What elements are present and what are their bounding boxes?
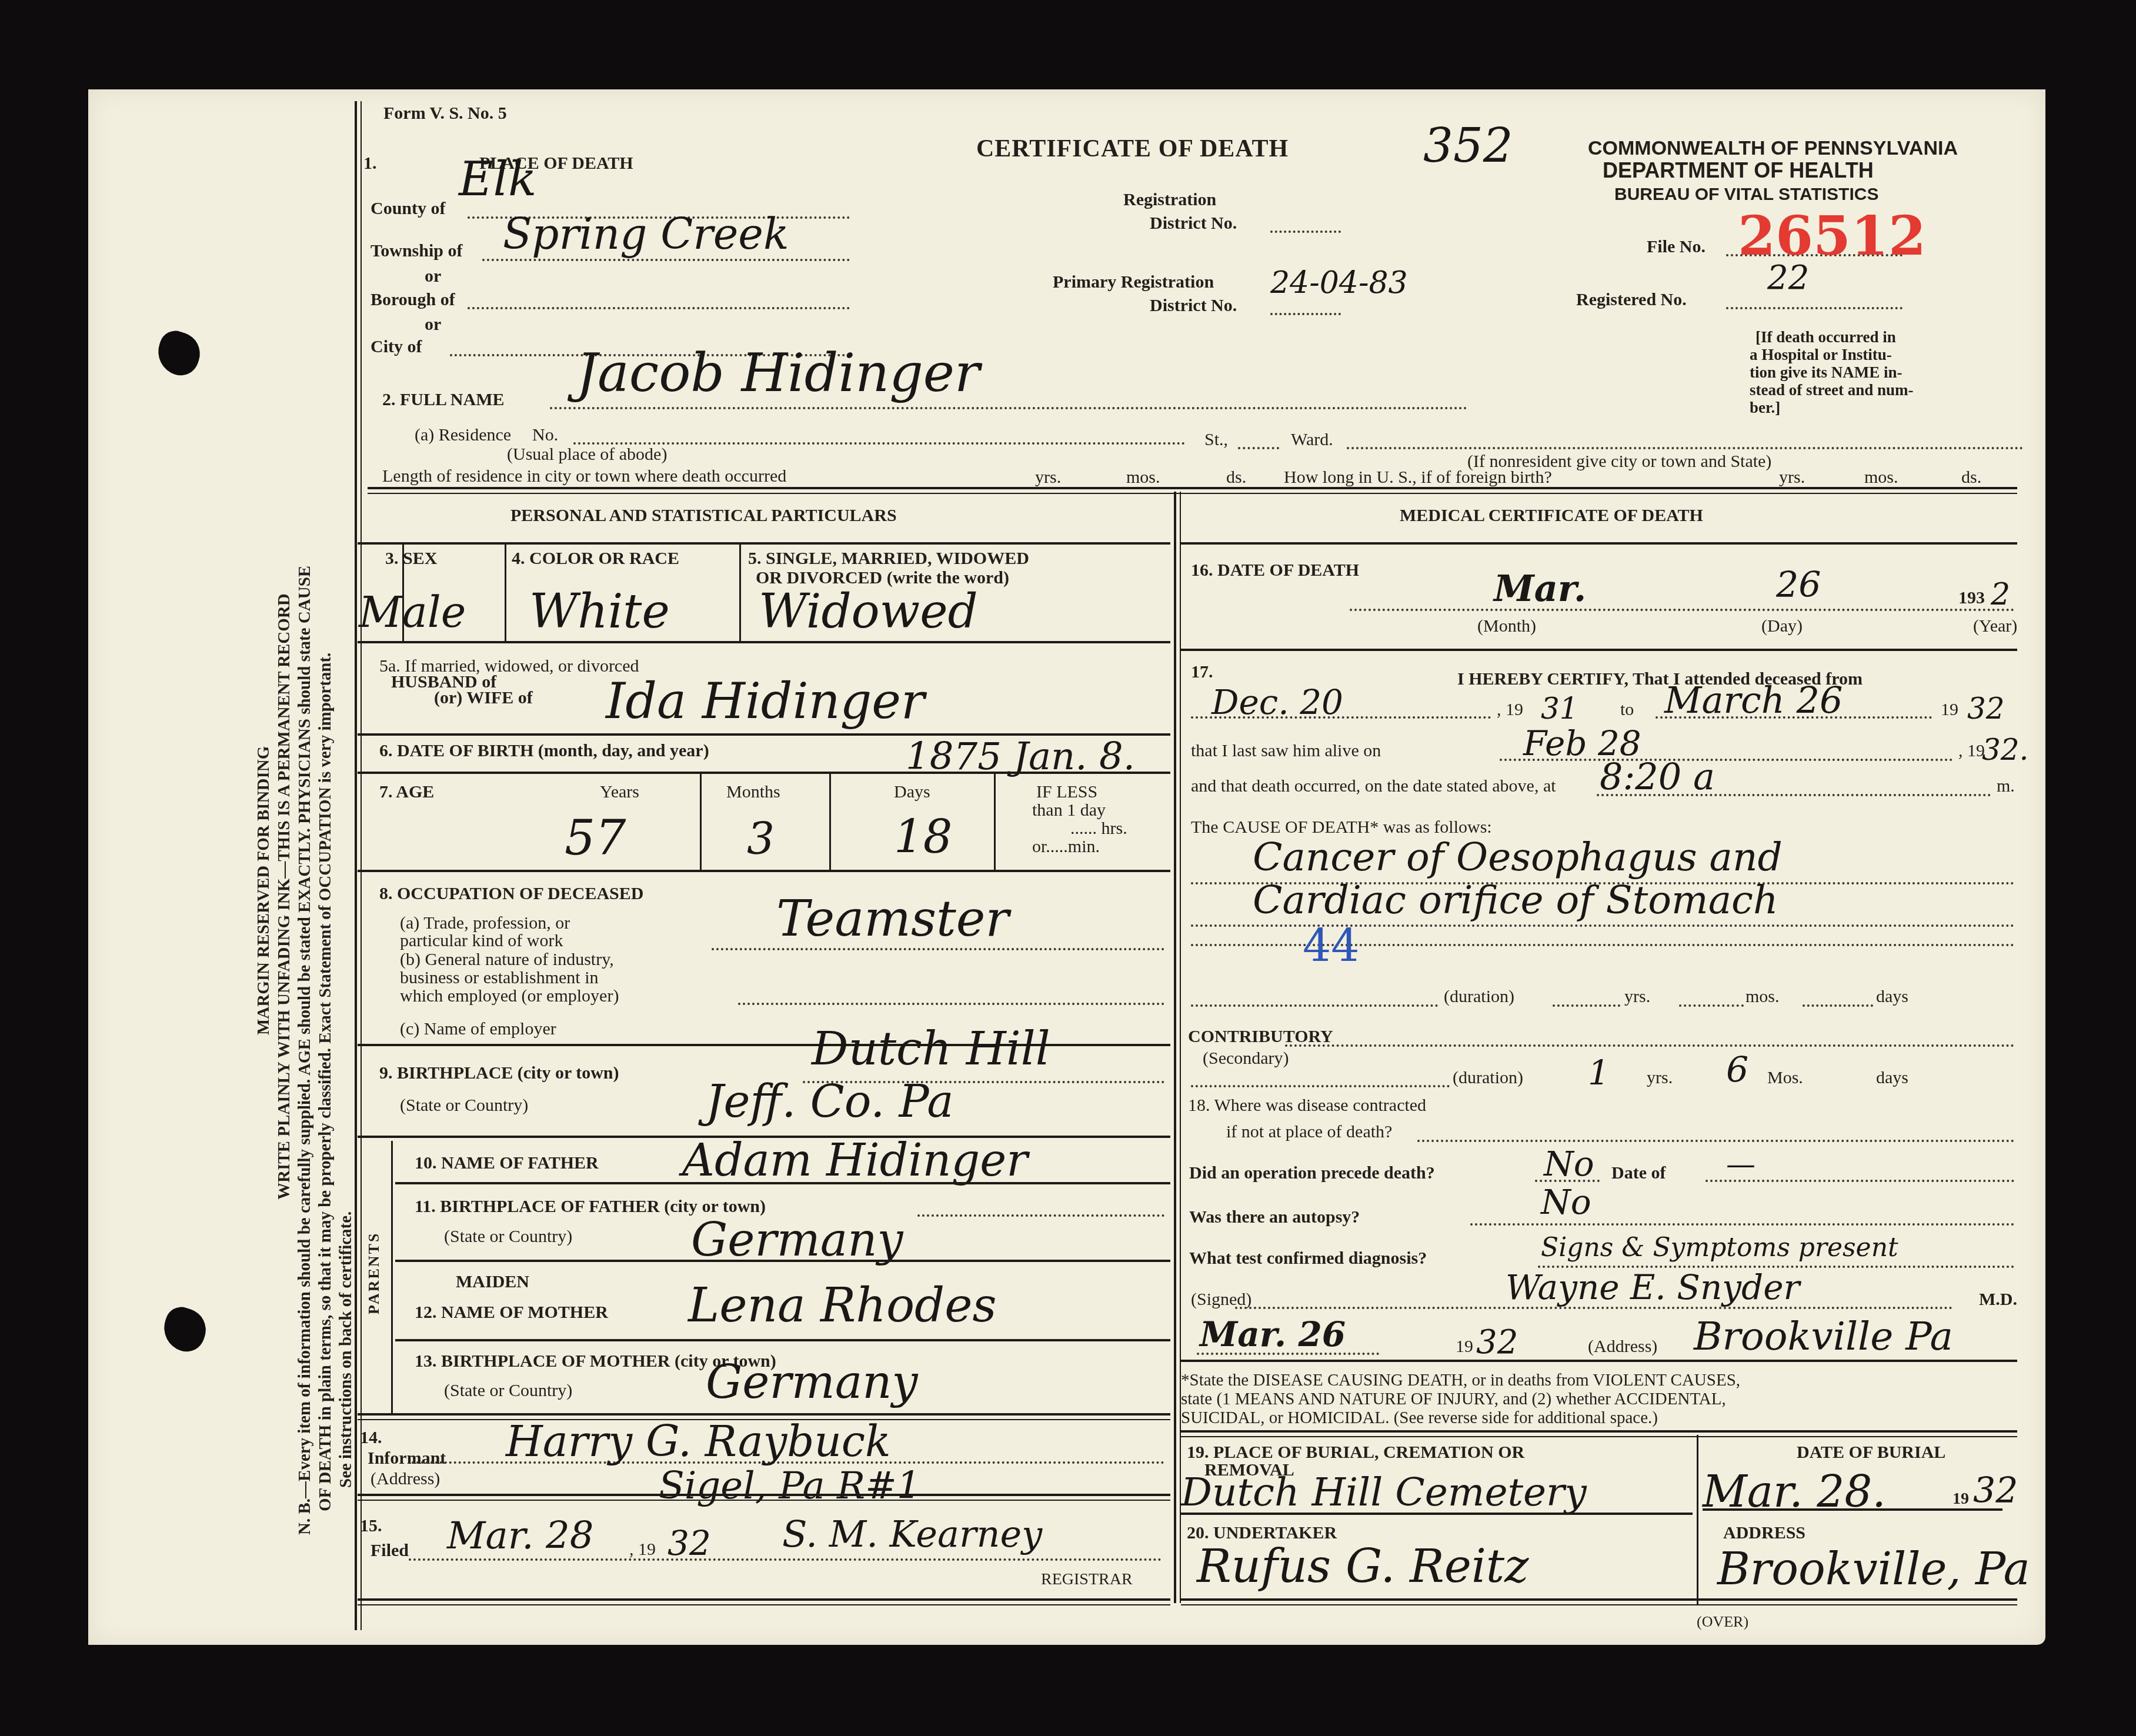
years-label: Years bbox=[600, 783, 639, 801]
primary-registration-label-1: Primary Registration bbox=[1053, 273, 1214, 291]
mother-birth-state-label: (State or Country) bbox=[444, 1382, 572, 1400]
attended-from-year: 31 bbox=[1541, 694, 1578, 723]
filed-date: Mar. 28 bbox=[447, 1517, 593, 1555]
contributory-label: CONTRIBUTORY bbox=[1188, 1028, 1333, 1046]
agency-line-3: BUREAU OF VITAL STATISTICS bbox=[1614, 186, 1878, 203]
secondary-duration-prefix bbox=[1191, 1085, 1450, 1087]
time-label: and that death occurred, on the date sta… bbox=[1191, 777, 1556, 795]
less-label-1: IF LESS bbox=[1036, 783, 1097, 801]
parents-label: PARENTS bbox=[363, 1232, 385, 1314]
marital-label-1: 5. SINGLE, MARRIED, WIDOWED bbox=[748, 550, 1029, 567]
industry-field[interactable] bbox=[738, 1003, 1164, 1005]
residence-no-label: No. bbox=[532, 426, 558, 444]
row-line bbox=[1181, 649, 2017, 651]
burial-year: 32 bbox=[1973, 1473, 2018, 1508]
secondary-mos-label: Mos. bbox=[1767, 1069, 1803, 1087]
signed-year: 32 bbox=[1476, 1326, 1518, 1359]
age-label: 7. AGE bbox=[379, 783, 434, 801]
row-line bbox=[395, 1260, 1170, 1262]
cell-divider bbox=[700, 773, 702, 870]
informant-label: Informant bbox=[368, 1450, 446, 1467]
secondary-label: (Secondary) bbox=[1203, 1050, 1289, 1067]
registrar-signature: S. M. Kearney bbox=[782, 1516, 1042, 1553]
less-label-2: than 1 day bbox=[1032, 802, 1106, 819]
registered-no-label: Registered No. bbox=[1576, 291, 1687, 309]
hospital-note-1: [If death occurred in bbox=[1755, 329, 1896, 345]
q18-label-1: 18. Where was disease contracted bbox=[1188, 1097, 1426, 1114]
birthplace-city: Dutch Hill bbox=[812, 1026, 1050, 1072]
father-birth-city-field[interactable] bbox=[917, 1214, 1164, 1217]
county-label: County of bbox=[371, 200, 446, 218]
registration-label-1: Registration bbox=[1123, 191, 1216, 209]
cause-line-2: Cardiac orifice of Stomach bbox=[1253, 881, 1778, 920]
us-yrs: yrs. bbox=[1779, 469, 1805, 486]
hospital-note-4: stead of street and num- bbox=[1750, 382, 1914, 398]
cell-divider bbox=[739, 544, 741, 641]
dod-month: Mar. bbox=[1494, 570, 1586, 607]
full-name-value: Jacob Hidinger bbox=[576, 347, 980, 400]
burial-19: 19 bbox=[1953, 1491, 1969, 1507]
mother-value: Lena Rhodes bbox=[688, 1282, 997, 1329]
parents-divider bbox=[391, 1141, 393, 1414]
item-17-number: 17. bbox=[1191, 663, 1213, 681]
dod-label: 16. DATE OF DEATH bbox=[1191, 562, 1359, 579]
row-line bbox=[358, 772, 1170, 774]
row-line bbox=[358, 542, 1170, 545]
maiden-label: MAIDEN bbox=[456, 1273, 529, 1291]
date-of-label: Date of bbox=[1611, 1164, 1666, 1182]
months-label: Months bbox=[726, 783, 780, 801]
header-divider bbox=[368, 487, 2017, 494]
informant-address-label: (Address) bbox=[371, 1470, 440, 1488]
registration-label-2: District No. bbox=[1150, 215, 1237, 232]
full-name-field bbox=[550, 407, 1467, 409]
primary-registration-field bbox=[1270, 313, 1341, 315]
how-long-in-us-label: How long in U. S., if of foreign birth? bbox=[1284, 469, 1552, 486]
attended-from-date: Dec. 20 bbox=[1211, 685, 1343, 719]
attended-to-date: March 26 bbox=[1664, 682, 1843, 719]
physician-address: Brookville Pa bbox=[1694, 1317, 1953, 1356]
burial-label-1: 19. PLACE OF BURIAL, CREMATION OR bbox=[1187, 1444, 1524, 1461]
full-name-label: 2. FULL NAME bbox=[382, 391, 505, 409]
burial-date-label: DATE OF BURIAL bbox=[1797, 1444, 1945, 1461]
attended-to-19: 19 bbox=[1941, 701, 1958, 719]
dod-day-label: (Day) bbox=[1761, 617, 1803, 635]
cause-line-1: Cancer of Oesophagus and bbox=[1253, 838, 1783, 877]
ward-label: Ward. bbox=[1291, 431, 1333, 449]
filed-year: 32 bbox=[667, 1526, 711, 1560]
filed-field bbox=[409, 1558, 1162, 1561]
residence-label: (a) Residence bbox=[415, 426, 511, 444]
footnote-3: SUICIDAL, or HOMICIDAL. (See reverse sid… bbox=[1181, 1410, 1658, 1427]
race-value: White bbox=[529, 588, 670, 635]
physician-signature: Wayne E. Snyder bbox=[1506, 1270, 1800, 1304]
dob-label: 6. DATE OF BIRTH (month, day, and year) bbox=[379, 742, 709, 760]
informant-number: 14. bbox=[360, 1429, 382, 1447]
registered-no-field bbox=[1726, 307, 1903, 309]
duration-mos-field[interactable] bbox=[1679, 1004, 1744, 1007]
form-number: Form V. S. No. 5 bbox=[383, 105, 507, 122]
undertaker-value: Rufus G. Reitz bbox=[1197, 1544, 1528, 1590]
age-years: 57 bbox=[565, 814, 626, 863]
signed-date: Mar. 26 bbox=[1200, 1317, 1346, 1351]
race-label: 4. COLOR OR RACE bbox=[512, 550, 679, 567]
attended-to-year: 32 bbox=[1967, 694, 2005, 723]
father-value: Adam Hidinger bbox=[682, 1138, 1028, 1183]
father-birth-state-label: (State or Country) bbox=[444, 1228, 572, 1246]
us-ds: ds. bbox=[1961, 469, 1981, 486]
operation-label: Did an operation precede death? bbox=[1189, 1164, 1435, 1182]
secondary-days-label: days bbox=[1876, 1069, 1908, 1087]
primary-registration-label-2: District No. bbox=[1150, 297, 1237, 315]
age-days: 18 bbox=[894, 814, 952, 860]
hospital-note-5: ber.] bbox=[1750, 400, 1780, 416]
borough-field[interactable] bbox=[468, 307, 850, 309]
cell-divider bbox=[994, 773, 996, 870]
to-label: to bbox=[1620, 701, 1634, 719]
secondary-duration-mos: 6 bbox=[1726, 1053, 1748, 1088]
cell-divider bbox=[829, 773, 831, 870]
or-1: or bbox=[425, 268, 441, 285]
informant-value: Harry G. Raybuck bbox=[506, 1420, 891, 1463]
occ-c: (c) Name of employer bbox=[400, 1020, 556, 1038]
file-no-label: File No. bbox=[1647, 238, 1706, 256]
spouse-value: Ida Hidinger bbox=[606, 676, 925, 726]
duration-label: (duration) bbox=[1444, 988, 1514, 1006]
cell-divider bbox=[505, 544, 506, 641]
dod-field bbox=[1350, 609, 2014, 611]
contributory-field[interactable] bbox=[1285, 1044, 2014, 1047]
footnote-1: *State the DISEASE CAUSING DEATH, or in … bbox=[1181, 1372, 1740, 1389]
birthplace-label: 9. BIRTHPLACE (city or town) bbox=[379, 1064, 619, 1082]
physician-address-label: (Address) bbox=[1588, 1338, 1657, 1356]
street-field[interactable] bbox=[1238, 447, 1279, 449]
margin-cause-note: OF DEATH in plain terms, so that it may … bbox=[315, 653, 336, 1511]
agency-line-1: COMMONWEALTH OF PENNSYLVANIA bbox=[1588, 138, 1958, 158]
burial-place: Dutch Hill Cemetery bbox=[1181, 1473, 1587, 1512]
dob-value: 1875 Jan. 8. bbox=[906, 738, 1135, 776]
occupation-value: Teamster bbox=[776, 894, 1009, 943]
q18-label-2: if not at place of death? bbox=[1226, 1123, 1392, 1141]
medical-heading: MEDICAL CERTIFICATE OF DEATH bbox=[1400, 507, 1703, 525]
autopsy-field bbox=[1470, 1223, 2014, 1226]
registered-no-value: 22 bbox=[1767, 262, 1809, 295]
birthplace-state-label: (State or Country) bbox=[400, 1097, 528, 1114]
left-border bbox=[355, 101, 362, 1630]
operation-value: No bbox=[1544, 1147, 1594, 1181]
signed-19: 19 bbox=[1456, 1338, 1473, 1356]
row-line bbox=[1181, 1360, 2017, 1362]
row-line bbox=[1181, 1513, 1693, 1515]
occupation-field bbox=[712, 948, 1164, 950]
time-suffix: m. bbox=[1997, 777, 2015, 795]
duration-days-label: days bbox=[1876, 988, 1908, 1006]
row-line bbox=[395, 1182, 1170, 1184]
duration-prefix-field bbox=[1191, 1004, 1438, 1007]
handwritten-number: 352 bbox=[1423, 122, 1513, 169]
autopsy-label: Was there an autopsy? bbox=[1189, 1208, 1360, 1226]
secondary-yrs-label: yrs. bbox=[1647, 1069, 1673, 1087]
occ-a-1: (a) Trade, profession, or bbox=[400, 914, 570, 932]
father-birth-label: 11. BIRTHPLACE OF FATHER (city or town) bbox=[415, 1198, 766, 1216]
row-line bbox=[1181, 542, 2017, 545]
dod-year-label: (Year) bbox=[1973, 617, 2017, 635]
undertaker-address: Brookville, Pa bbox=[1717, 1547, 2030, 1591]
marital-value: Widowed bbox=[759, 588, 978, 635]
us-mos: mos. bbox=[1864, 469, 1898, 486]
township-field bbox=[482, 259, 850, 261]
filed-number: 15. bbox=[360, 1517, 382, 1535]
days-label: Days bbox=[894, 783, 930, 801]
bottom-border-right bbox=[1181, 1598, 2017, 1605]
sex-value: Male bbox=[359, 591, 466, 633]
father-label: 10. NAME OF FATHER bbox=[415, 1154, 599, 1172]
last-saw-19: , 19 bbox=[1958, 742, 1985, 760]
less-label-3: ...... hrs. bbox=[1070, 820, 1127, 837]
occupation-label: 8. OCCUPATION OF DECEASED bbox=[379, 885, 643, 903]
duration-days-field[interactable] bbox=[1803, 1004, 1873, 1007]
registration-district-field[interactable] bbox=[1270, 231, 1341, 233]
test-value: Signs & Symptoms present bbox=[1541, 1235, 1898, 1261]
hospital-note-3: tion give its NAME in- bbox=[1750, 365, 1903, 380]
filed-19: , 19 bbox=[629, 1541, 656, 1558]
birthplace-state: Jeff. Co. Pa bbox=[706, 1079, 954, 1124]
dod-year: 2 bbox=[1991, 579, 2010, 610]
autopsy-value: No bbox=[1541, 1185, 1591, 1219]
township-label: Township of bbox=[371, 242, 462, 260]
abode-note: (Usual place of abode) bbox=[507, 446, 667, 463]
last-saw-label: that I last saw him alive on bbox=[1191, 742, 1381, 760]
father-birth-value: Germany bbox=[691, 1217, 903, 1263]
dod-year-prefix: 193 bbox=[1958, 589, 1985, 607]
undertaker-label: 20. UNDERTAKER bbox=[1187, 1524, 1337, 1542]
sex-label: 3. SEX bbox=[385, 550, 437, 567]
mother-label: 12. NAME OF MOTHER bbox=[415, 1304, 608, 1321]
filed-label: Filed bbox=[371, 1542, 409, 1560]
agency-line-2: DEPARTMENT OF HEALTH bbox=[1603, 160, 1874, 181]
occ-b-2: business or establishment in bbox=[400, 969, 598, 987]
city-label: City of bbox=[371, 338, 422, 356]
margin-binding-note: MARGIN RESERVED FOR BINDING bbox=[253, 746, 274, 1035]
secondary-duration-label: (duration) bbox=[1453, 1069, 1523, 1087]
registrar-label: REGISTRAR bbox=[1041, 1571, 1133, 1588]
personal-heading: PERSONAL AND STATISTICAL PARTICULARS bbox=[510, 507, 897, 525]
borough-label: Borough of bbox=[371, 291, 455, 309]
occ-a-2: particular kind of work bbox=[400, 932, 563, 950]
signed-label: (Signed) bbox=[1191, 1291, 1251, 1308]
burial-divider bbox=[1697, 1435, 1698, 1605]
time-value: 8:20 a bbox=[1600, 759, 1715, 795]
spouse-label-3: (or) WIFE of bbox=[434, 689, 533, 707]
duration-yrs-label: yrs. bbox=[1624, 988, 1650, 1006]
street-label: St., bbox=[1204, 431, 1228, 449]
undertaker-address-label: ADDRESS bbox=[1723, 1524, 1805, 1542]
hospital-note-2: a Hospital or Institu- bbox=[1750, 347, 1892, 363]
row-line bbox=[395, 1339, 1170, 1341]
county-value: Elk bbox=[459, 156, 536, 203]
less-label-4: or.....min. bbox=[1032, 838, 1100, 856]
or-2: or bbox=[425, 316, 441, 333]
age-months: 3 bbox=[747, 817, 775, 861]
occ-b-3: which employed (or employer) bbox=[400, 987, 619, 1005]
duration-mos-label: mos. bbox=[1745, 988, 1780, 1006]
attended-from-19: , 19 bbox=[1497, 701, 1523, 719]
margin-ink-note: WRITE PLAINLY WITH UNFADING INK—THIS IS … bbox=[273, 593, 295, 1200]
footnote-2: state (1 MEANS AND NATURE OF INJURY, and… bbox=[1181, 1391, 1726, 1408]
certificate-title: CERTIFICATE OF DEATH bbox=[976, 136, 1289, 161]
cause-code: 44 bbox=[1303, 923, 1360, 968]
length-yrs: yrs. bbox=[1035, 469, 1061, 486]
ward-field[interactable] bbox=[1347, 447, 2023, 449]
test-label: What test confirmed diagnosis? bbox=[1189, 1250, 1427, 1267]
length-of-residence-label: Length of residence in city or town wher… bbox=[382, 468, 786, 485]
row-line-double bbox=[358, 1494, 1170, 1501]
margin-nb-note: N. B.—Every item of information should b… bbox=[294, 566, 315, 1535]
mother-birth-value: Germany bbox=[706, 1360, 918, 1406]
row-line bbox=[358, 870, 1170, 872]
cause-label: The CAUSE OF DEATH* was as follows: bbox=[1191, 819, 1492, 836]
secondary-duration-yrs: 1 bbox=[1588, 1056, 1610, 1090]
duration-yrs-field[interactable] bbox=[1553, 1004, 1620, 1007]
q18-field[interactable] bbox=[1417, 1140, 2014, 1142]
last-saw-year: 32. bbox=[1982, 735, 2029, 764]
margin-instructions-note: See instructions on back of certificate. bbox=[335, 1211, 356, 1488]
row-line-double bbox=[1181, 1430, 2017, 1437]
primary-registration-value: 24-04-83 bbox=[1270, 268, 1408, 298]
row-line bbox=[358, 641, 1170, 643]
burial-date: Mar. 28. bbox=[1703, 1470, 1886, 1514]
dod-day: 26 bbox=[1776, 567, 1821, 603]
file-no-stamp: 26512 bbox=[1738, 209, 1926, 263]
row-line bbox=[1703, 1508, 2002, 1511]
bottom-border-left bbox=[358, 1598, 1170, 1605]
length-ds: ds. bbox=[1226, 469, 1246, 486]
operation-date-value: — bbox=[1726, 1150, 1755, 1179]
column-divider bbox=[1174, 492, 1181, 1603]
item-1-number: 1. bbox=[363, 155, 377, 172]
township-value: Spring Creek bbox=[503, 213, 789, 255]
over-label: (OVER) bbox=[1697, 1614, 1748, 1630]
md-label: M.D. bbox=[1979, 1291, 2017, 1308]
dod-month-label: (Month) bbox=[1477, 617, 1536, 635]
occ-b-1: (b) General nature of industry, bbox=[400, 951, 614, 969]
length-mos: mos. bbox=[1126, 469, 1160, 486]
